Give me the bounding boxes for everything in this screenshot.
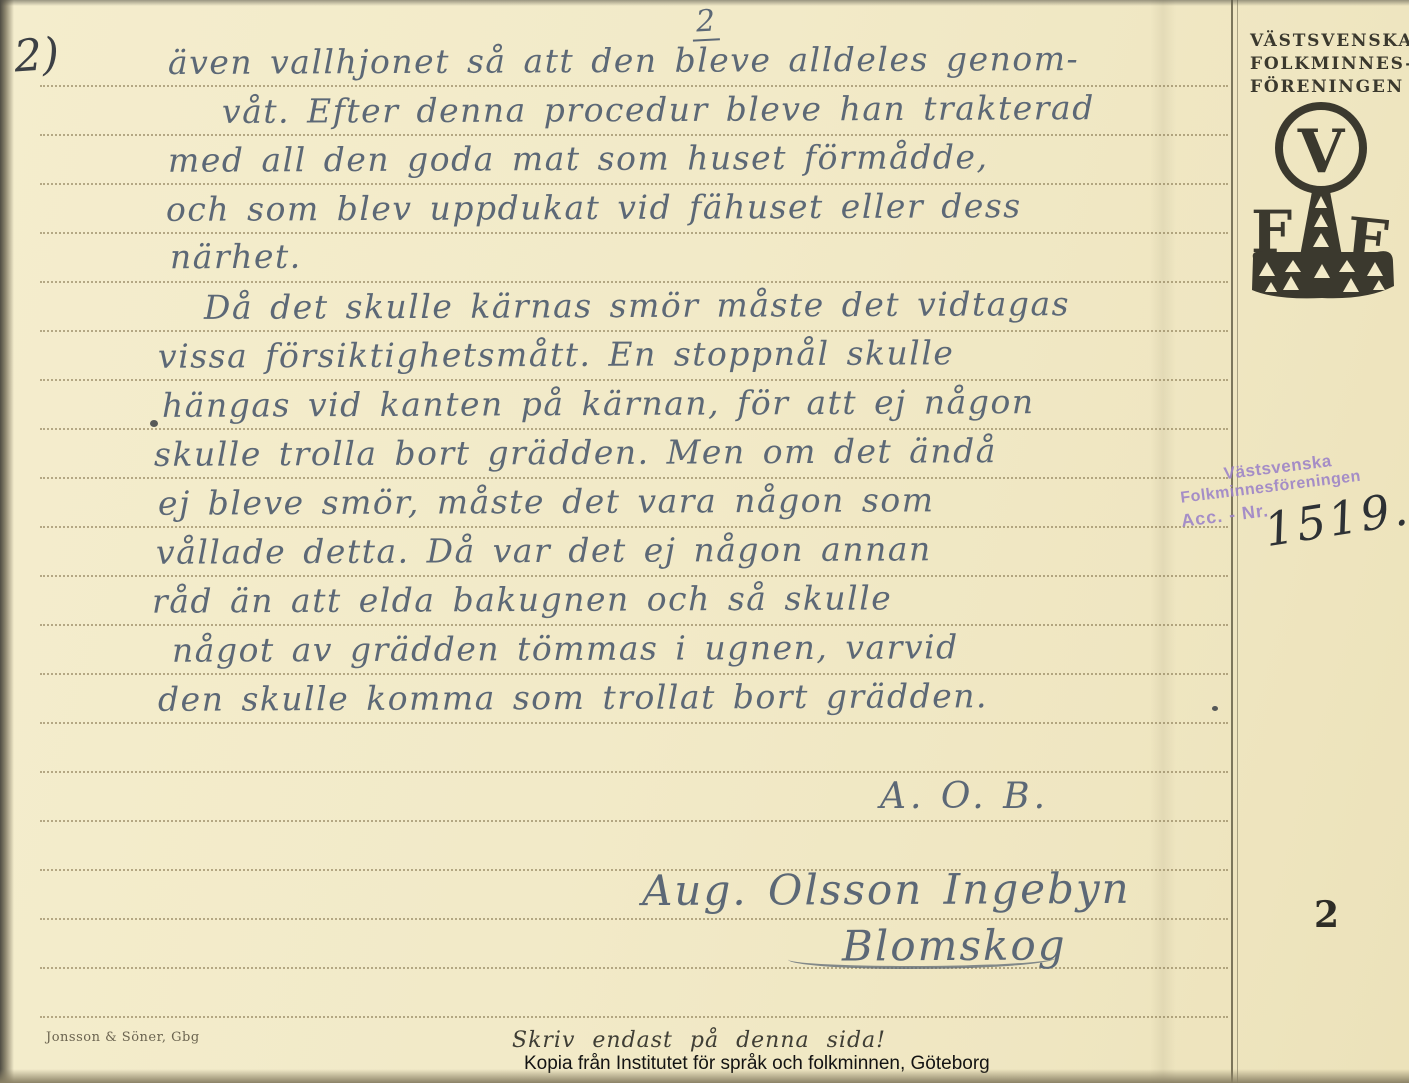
write-only-instruction: Skriv endast på denna sida! [512,1028,886,1053]
org-line-2: FOLKMINNES- [1250,53,1408,76]
printer-mark: Jonsson & Söner, Gbg [46,1030,200,1045]
margin-rule [1231,0,1233,1083]
manuscript-line: och som blev uppdukat vid fähuset eller … [166,182,1022,234]
margin-rule-inner [1237,0,1239,1083]
manuscript-line: ej bleve smör, måste det vara någon som [158,476,935,527]
manuscript-line: hängas vid kanten på kärnan, för att ej … [162,378,1035,430]
manuscript-line: skulle trolla bort grädden. Men om det ä… [154,427,997,479]
ruled-line [40,820,1228,822]
scan-edge-bottom [0,1069,1409,1083]
manuscript-line: närhet. [170,233,302,282]
page-label-top-left: 2) [12,28,61,82]
ink-blot [150,420,158,427]
org-line-3: FÖRENINGEN [1250,76,1408,99]
letterhead-organization: VÄSTSVENSKA FOLKMINNES- FÖRENINGEN [1250,30,1408,99]
manuscript-line: vållade detta. Då var det ej någon annan [156,525,932,576]
manuscript-line: något av grädden tömmas i ugnen, varvid [172,623,959,674]
scanned-document-page: 2) 2 2 VÄSTSVENSKA FOLKMINNES- FÖRENINGE… [0,0,1409,1083]
ruled-line [40,1016,1228,1018]
svg-text:V: V [1297,117,1346,187]
scan-edge-left [0,0,14,1083]
org-line-1: VÄSTSVENSKA [1250,30,1408,53]
paper-fold-shadow [1150,0,1176,1083]
ink-blot [1212,706,1218,711]
manuscript-line: vissa försiktighetsmått. En stoppnål sku… [158,329,955,380]
manuscript-line: den skulle komma som trollat bort grädde… [158,672,988,724]
signature-name: Aug. Olsson Ingebyn [642,861,1131,919]
manuscript-line: råd än att elda bakugnen och så skulle [152,574,892,625]
manuscript-line: med all den goda mat som huset förmådde, [168,133,989,185]
ruled-line [40,771,1228,773]
manuscript-line: Då det skulle kärnas smör måste det vidt… [204,280,1070,332]
thors-hammer-logo-icon: V F F [1247,100,1399,352]
page-number-margin: 2 [1314,894,1339,936]
collector-initials: A. O. B. [880,776,1049,817]
manuscript-line: våt. Efter denna procedur bleve han trak… [222,84,1095,136]
scan-edge-top [0,0,1409,6]
manuscript-line: även vallhjonet så att den bleve alldele… [168,35,1079,87]
